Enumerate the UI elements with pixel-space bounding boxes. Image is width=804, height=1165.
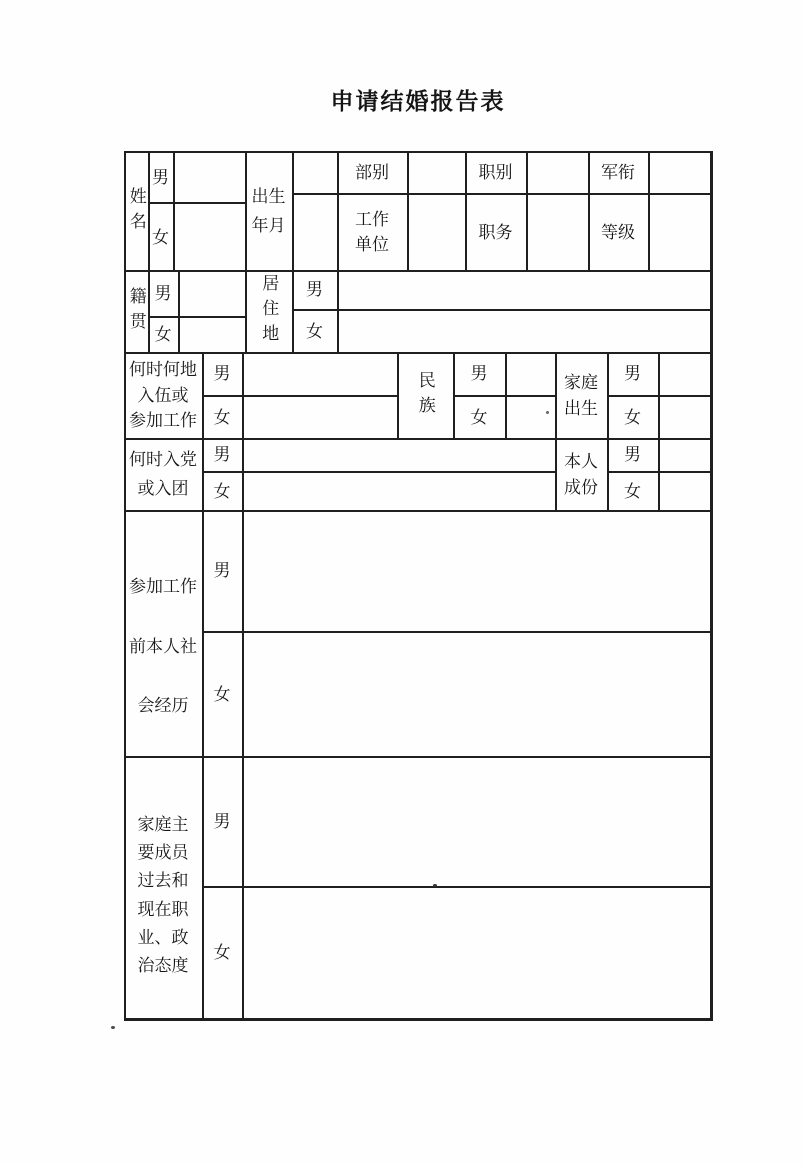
fill-cell-enlist-male xyxy=(244,354,397,395)
gender-female-label-name: 女 xyxy=(148,204,173,271)
gender-female-label-family: 女 xyxy=(202,888,242,1018)
field-label-ethnicity: 民族 xyxy=(397,353,453,438)
fill-cell-birth-top xyxy=(294,153,337,193)
field-label-birth-date: 出生 年月 xyxy=(245,152,292,271)
fill-cell-family-origin-female xyxy=(660,397,710,438)
fill-cell-family-origin-male xyxy=(660,354,710,395)
gender-male-label-party: 男 xyxy=(202,439,242,471)
fill-cell-work-unit xyxy=(409,195,465,270)
field-label-name: 姓名 xyxy=(124,152,148,271)
field-label-native-place: 籍贯 xyxy=(124,271,148,352)
label-line: 家庭 xyxy=(564,370,598,396)
field-label-personal-status: 本人 成份 xyxy=(555,439,607,510)
field-label-duty: 职务 xyxy=(465,195,526,270)
label-line: 工作 xyxy=(355,208,389,233)
gender-male-label-family-origin: 男 xyxy=(607,353,658,395)
fill-cell-family-male xyxy=(244,758,710,886)
label-line: 何时何地 xyxy=(129,357,197,383)
label-line: 要成员 xyxy=(138,839,189,867)
gender-male-label-ethnicity: 男 xyxy=(453,353,505,395)
gender-male-label-residence: 男 xyxy=(292,271,337,309)
scan-speck xyxy=(111,1026,115,1029)
field-label-family-members: 家庭主 要成员 过去和 现在职 业、政 治态度 xyxy=(124,757,202,1018)
gender-male-label-native: 男 xyxy=(148,271,178,316)
label-line: 现在职 xyxy=(138,896,189,924)
fill-cell-birth-bottom xyxy=(294,195,337,270)
fill-cell-name-female xyxy=(175,204,245,270)
fill-cell-military-rank xyxy=(650,153,710,193)
fill-cell-native-female xyxy=(180,318,245,352)
table-border-bottom xyxy=(124,1018,713,1021)
label-line: 单位 xyxy=(355,233,389,258)
gender-female-label-status: 女 xyxy=(607,473,658,510)
scan-speck xyxy=(433,884,437,887)
fill-cell-department xyxy=(409,153,465,193)
label-line: 年月 xyxy=(252,212,286,240)
field-label-enlist: 何时何地 入伍或 参加工作 xyxy=(124,353,202,438)
field-label-residence: 居住地 xyxy=(245,271,292,352)
field-label-department: 部别 xyxy=(337,152,407,193)
gender-male-label-family: 男 xyxy=(202,757,242,886)
field-label-family-origin: 家庭 出生 xyxy=(555,353,607,438)
scanned-form-page: 申请结婚报告表 姓名 男 女 出生 年月 部别 工作 xyxy=(0,0,804,1165)
label-line: 前本人社 xyxy=(129,634,197,660)
label-line: 参加工作 xyxy=(129,574,197,600)
label-line: 本人 xyxy=(564,449,598,475)
gender-male-label-status: 男 xyxy=(607,439,658,471)
fill-cell-party-female xyxy=(244,473,555,510)
label-line: 参加工作 xyxy=(129,408,197,434)
gender-female-label-ethnicity: 女 xyxy=(453,397,505,438)
fill-cell-ethnicity-male xyxy=(507,354,555,395)
label-line: 治态度 xyxy=(138,952,189,980)
fill-cell-family-female xyxy=(244,888,710,1018)
label-line: 会经历 xyxy=(138,693,189,719)
fill-cell-name-male xyxy=(175,153,245,202)
fill-cell-social-female xyxy=(244,633,710,756)
label-line: 何时入党 xyxy=(129,446,197,475)
gender-female-label-enlist: 女 xyxy=(202,397,242,438)
field-label-party: 何时入党 或入团 xyxy=(124,439,202,510)
gender-female-label-residence: 女 xyxy=(292,311,337,352)
gender-male-label-enlist: 男 xyxy=(202,353,242,395)
label-line: 出生 xyxy=(564,396,598,422)
gender-male-label-name: 男 xyxy=(148,152,173,203)
gender-female-label-social: 女 xyxy=(202,633,242,756)
fill-cell-party-male xyxy=(244,440,555,471)
field-label-grade: 等级 xyxy=(588,195,648,270)
fill-cell-position-class xyxy=(528,153,588,193)
label-line: 成份 xyxy=(564,475,598,501)
field-label-position-class: 职别 xyxy=(465,152,526,193)
fill-cell-grade xyxy=(650,195,710,270)
label-line: 家庭主 xyxy=(138,811,189,839)
gender-female-label-native: 女 xyxy=(148,318,178,352)
fill-cell-status-male xyxy=(660,440,710,471)
fill-cell-duty xyxy=(528,195,588,270)
gender-male-label-social: 男 xyxy=(202,511,242,631)
form-title: 申请结婚报告表 xyxy=(124,83,712,116)
label-line: 出生 xyxy=(252,183,286,211)
field-label-social-history: 参加工作 前本人社 会经历 xyxy=(124,511,202,756)
fill-cell-ethnicity-female xyxy=(507,397,555,438)
gender-female-label-family-origin: 女 xyxy=(607,397,658,438)
fill-cell-social-male xyxy=(244,512,710,631)
field-label-work-unit: 工作 单位 xyxy=(337,195,407,270)
table-border-right xyxy=(710,151,713,1021)
fill-cell-enlist-female xyxy=(244,397,397,438)
fill-cell-residence-male xyxy=(339,272,710,309)
field-label-military-rank: 军衔 xyxy=(588,152,648,193)
fill-cell-status-female xyxy=(660,473,710,510)
label-line: 业、政 xyxy=(138,924,189,952)
fill-cell-residence-female xyxy=(339,311,710,352)
label-line: 或入团 xyxy=(138,475,189,504)
label-line: 过去和 xyxy=(138,867,189,895)
scan-speck xyxy=(546,411,549,414)
label-line: 入伍或 xyxy=(138,383,189,409)
gender-female-label-party: 女 xyxy=(202,473,242,510)
fill-cell-native-male xyxy=(180,272,245,316)
